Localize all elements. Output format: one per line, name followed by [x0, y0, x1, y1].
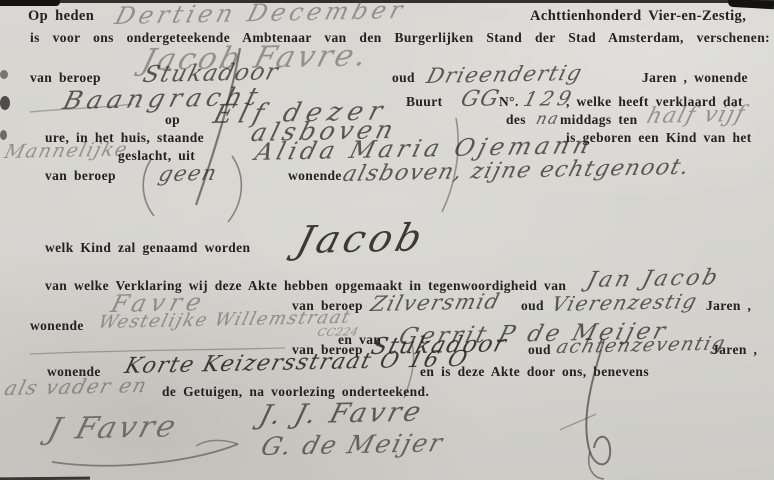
- entry-date: Dertien December: [112, 0, 410, 30]
- label-no: N°.: [499, 94, 519, 110]
- scan-smudge-left-2: [0, 130, 7, 140]
- label-op: op: [165, 112, 180, 128]
- birth-certificate-scan: Op heden Dertien December Achttienhonder…: [0, 0, 774, 480]
- label-akte-door-ons: en is deze Akte door ons, benevens: [420, 364, 649, 380]
- label-van-beroep-1: van beroep: [30, 70, 101, 86]
- scan-smudge-left-1: [0, 96, 10, 110]
- label-intro: is voor ons ondergeteekende Ambtenaar va…: [30, 30, 770, 46]
- scan-edge-bottom-left: [0, 477, 90, 480]
- entry-witness2-address: Korte Keizersstraat O 16 O: [122, 347, 471, 379]
- entry-witness1-age: Vierenzestig: [549, 289, 701, 316]
- label-des: des: [506, 112, 526, 128]
- entry-mother-beroep: geen: [156, 161, 221, 186]
- entry-witness1-beroep: Zilversmid: [368, 289, 503, 316]
- signature-witness2: G. de Meijer: [258, 428, 447, 461]
- entry-declarant-age: Drieendertig: [424, 61, 586, 88]
- label-op-heden: Op heden: [28, 8, 94, 25]
- label-oud-2: oud: [521, 298, 544, 314]
- scan-edge-top-left-blob: [0, 0, 60, 6]
- entry-child-name: Jacob: [292, 215, 431, 262]
- entry-des-value: na: [534, 109, 562, 128]
- label-jaren-wonende: Jaren , wonende: [642, 70, 748, 86]
- entry-geslacht: Mannelijke: [2, 138, 131, 163]
- label-kind-genaamd: welk Kind zal genaamd worden: [45, 240, 250, 256]
- scan-smudge-left-3: [0, 70, 8, 79]
- entry-witness1-address: Westelijke Willemstraat: [96, 307, 354, 333]
- label-year: Achttienhonderd Vier-en-Zestig,: [530, 8, 746, 25]
- label-middags-ten: middags ten: [560, 112, 638, 128]
- label-buurt: Buurt: [406, 94, 443, 110]
- entry-witness1-first-names: Jan Jacob: [584, 265, 723, 293]
- label-wonende-2: wonende: [30, 318, 84, 334]
- label-oud-3: oud: [528, 342, 551, 358]
- label-van-beroep-2: van beroep: [45, 168, 116, 184]
- label-jaren-2: Jaren ,: [712, 342, 757, 358]
- entry-vader-en: als vader en: [2, 373, 151, 400]
- label-oud-1: oud: [392, 70, 415, 86]
- label-wonende-1: wonende: [288, 168, 342, 184]
- entry-buurt-code: GG: [458, 86, 503, 112]
- entry-witness2-age: achtenzeventig: [554, 332, 728, 358]
- signature-witness1: J. J. Favre: [256, 397, 427, 431]
- entry-birth-time: half vijf: [644, 102, 749, 129]
- signature-declarant: J Favre: [44, 409, 182, 447]
- label-jaren-1: Jaren ,: [706, 298, 751, 314]
